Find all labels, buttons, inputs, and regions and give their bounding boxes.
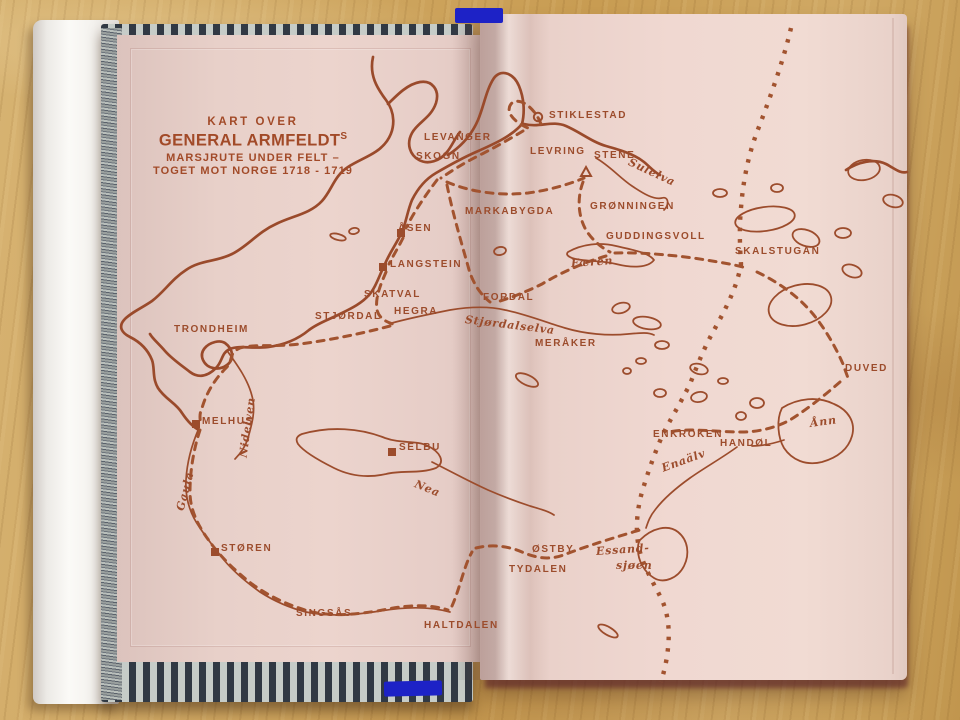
map-label-handoel: HANDØL: [720, 439, 772, 449]
map-label-oestby: ØSTBY: [532, 545, 574, 555]
map-label-skatval: SKATVAL: [364, 290, 421, 300]
map-label-enaalv: Enaälv: [660, 448, 707, 474]
map-label-meraaker: MERÅKER: [535, 339, 597, 349]
map-label-nea: Nea: [413, 478, 442, 498]
map-label-groenningen: GRØNNINGEN: [590, 202, 675, 212]
map-label-singsaas: SINGSÅS: [296, 609, 352, 619]
map-label-stiklestad: STIKLESTAD: [549, 111, 627, 121]
map-label-haltdalen: HALTDALEN: [424, 621, 499, 631]
map-label-essand-line2: sjøen: [616, 560, 653, 571]
map-label-gaula: Gaula: [175, 471, 196, 512]
map-label-enkroken: ENKROKEN: [653, 430, 723, 440]
map-label-stjoerdal: STJØRDAL: [315, 312, 382, 322]
map-label-stjoerdalselva: Stjørdalselva: [464, 314, 555, 336]
map-label-nidelven: Nidelven: [238, 396, 257, 458]
map-label-guddingsvoll: GUDDINGSVOLL: [606, 232, 706, 242]
map-label-langstein: LANGSTEIN: [390, 260, 462, 270]
map-label-skogn: SKOGN: [416, 152, 461, 162]
map-label-faeren: Færen: [571, 255, 614, 269]
map-label-levring: LEVRING: [530, 147, 586, 157]
map-label-selbu: SELBU: [399, 443, 441, 453]
map-label-fordal: FORDAL: [483, 293, 534, 303]
map-label-aann: Ånn: [809, 414, 837, 429]
map-label-trondheim: TRONDHEIM: [174, 325, 249, 335]
map-label-hegra: HEGRA: [394, 307, 438, 317]
photo-of-open-book: KART OVER GENERAL ARMFELDTS MARSJRUTE UN…: [0, 0, 960, 720]
map-labels: STIKLESTADLEVANGERSKOGNLEVRINGSTENEGRØNN…: [0, 0, 960, 720]
map-label-aasen: ÅSEN: [398, 224, 432, 234]
map-label-markabygda: MARKABYGDA: [465, 207, 554, 217]
map-label-levanger: LEVANGER: [424, 133, 492, 143]
map-label-sulelva: Sulelva: [627, 157, 677, 188]
map-label-essand-line1: Essand-: [596, 542, 650, 557]
map-label-tydalen: TYDALEN: [509, 565, 567, 575]
map-label-stoeren: STØREN: [221, 544, 272, 554]
armfeldt-march-map: KART OVER GENERAL ARMFELDTS MARSJRUTE UN…: [0, 0, 960, 720]
map-label-skalstugan: SKALSTUGAN: [735, 247, 820, 257]
map-label-duved: DUVED: [845, 364, 888, 374]
